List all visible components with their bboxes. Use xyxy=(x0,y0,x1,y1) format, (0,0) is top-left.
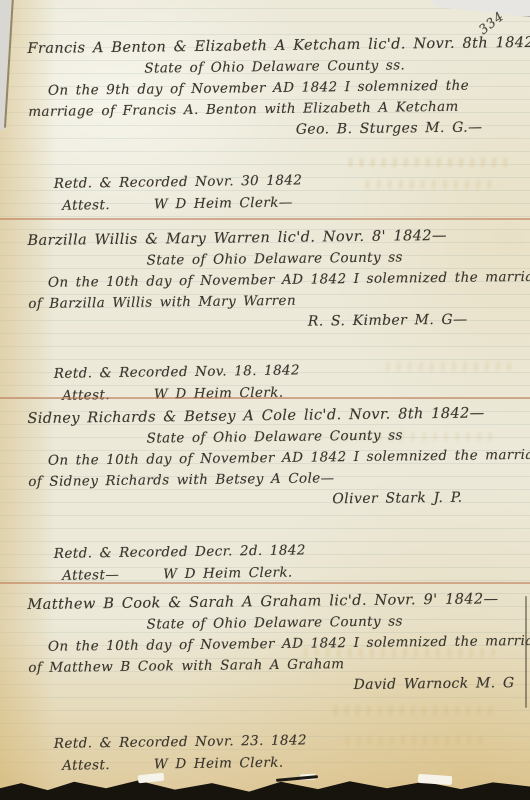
marriage-record-entry-2: Barzilla Willis & Mary Warren lic'd. Nov… xyxy=(27,225,522,336)
scanned-ledger-page: 334 Francis A Benton & Elizabeth A Ketch… xyxy=(0,0,530,800)
return-record-2: Retd. & Recorded Nov. 18. 1842 Attest.W … xyxy=(28,357,489,407)
clerk-signature: W D Heim Clerk. xyxy=(154,385,284,403)
bleedthrough-ghost-text xyxy=(345,158,513,167)
return-record-4: Retd. & Recorded Novr. 23. 1842 Attest.W… xyxy=(28,727,489,777)
scan-artifact-line xyxy=(525,596,527,708)
entry-separator-line xyxy=(0,582,530,584)
entry-separator-line xyxy=(0,397,530,399)
bleedthrough-ghost-text xyxy=(330,706,500,715)
marriage-record-entry-1: Francis A Benton & Elizabeth A Ketcham l… xyxy=(27,33,522,144)
marriage-record-entry-4: Matthew B Cook & Sarah A Graham lic'd. N… xyxy=(27,589,522,700)
clerk-signature: W D Heim Clerk— xyxy=(154,195,293,213)
attest-label: Attest. xyxy=(62,387,110,404)
marriage-record-entry-3: Sidney Richards & Betsey A Cole lic'd. N… xyxy=(27,403,522,514)
return-record-3: Retd. & Recorded Decr. 2d. 1842 Attest—W… xyxy=(28,537,489,587)
attest-label: Attest. xyxy=(62,757,110,774)
clerk-signature: W D Heim Clerk. xyxy=(163,565,293,583)
clerk-signature: W D Heim Clerk. xyxy=(154,755,284,773)
entry-separator-line xyxy=(0,218,530,220)
attest-label: Attest. xyxy=(62,197,110,214)
return-record-1: Retd. & Recorded Novr. 30 1842 Attest.W … xyxy=(28,167,489,217)
